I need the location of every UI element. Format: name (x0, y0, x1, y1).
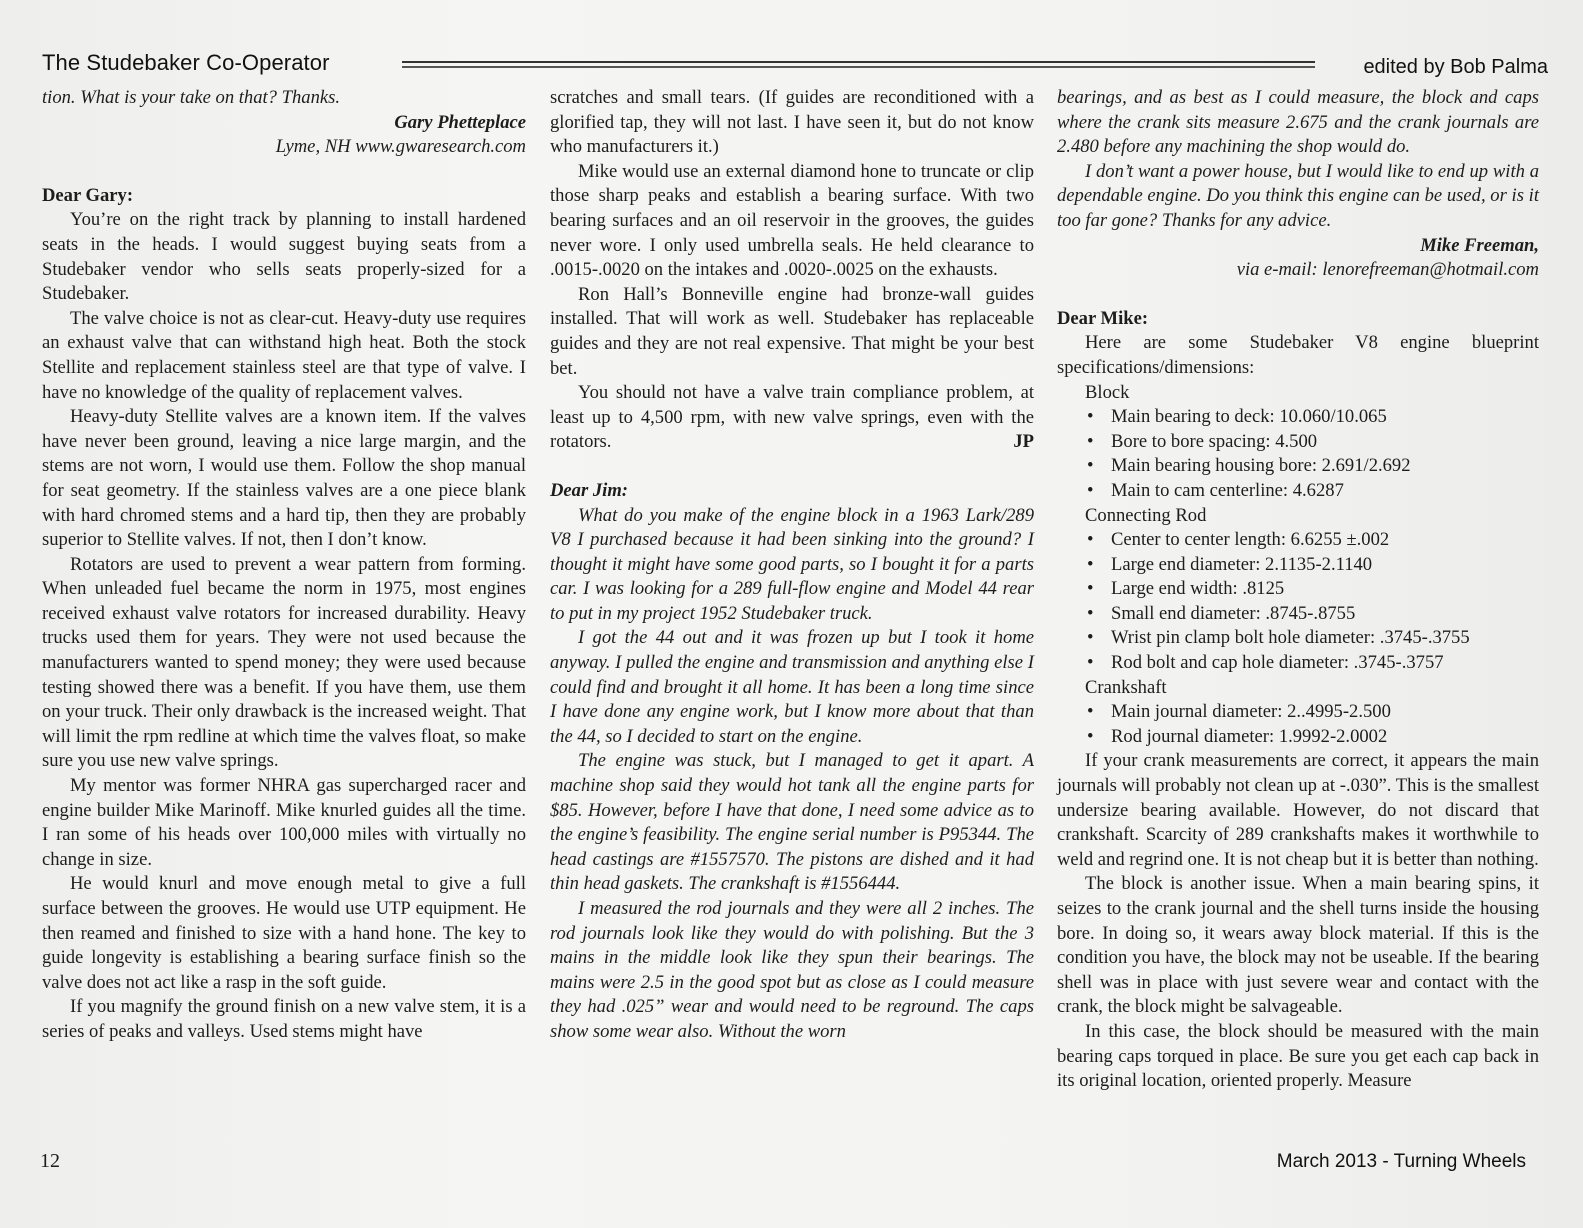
letter-paragraph: I got the 44 out and it was frozen up bu… (550, 626, 1034, 749)
page-header: The Studebaker Co-Operator edited by Bob… (0, 0, 1583, 90)
reply-continued: scratches and small tears. (If guides ar… (550, 86, 1034, 160)
spec-item: •Rod journal diameter: 1.9992-2.0002 (1085, 725, 1539, 750)
bullet-icon: • (1087, 700, 1094, 725)
reply-paragraph: My mentor was former NHRA gas supercharg… (42, 774, 526, 872)
reply-paragraph: Mike would use an external diamond hone … (550, 160, 1034, 283)
letter-signature-contact: via e-mail: lenorefreeman@hotmail.com (1057, 258, 1539, 283)
header-double-rule (402, 61, 1315, 69)
spec-text: Main bearing to deck: 10.060/10.065 (1111, 406, 1387, 427)
spec-item: •Large end width: .8125 (1085, 577, 1539, 602)
spec-item: •Small end diameter: .8745-.8755 (1085, 602, 1539, 627)
spec-heading-connecting-rod: Connecting Rod (1057, 504, 1539, 529)
bullet-icon: • (1087, 528, 1094, 553)
letter-ending: tion. What is your take on that? Thanks. (42, 86, 526, 111)
spec-text: Rod journal diameter: 1.9992-2.0002 (1111, 726, 1387, 747)
reply-paragraph: Rotators are used to prevent a wear patt… (42, 553, 526, 774)
letter-signature-location: Lyme, NH www.gwaresearch.com (42, 135, 526, 160)
letter-salutation: Dear Jim: (550, 479, 1034, 504)
spec-item: •Main to cam centerline: 4.6287 (1085, 479, 1539, 504)
spec-text: Main bearing housing bore: 2.691/2.692 (1111, 455, 1411, 476)
spec-text: Bore to bore spacing: 4.500 (1111, 431, 1317, 452)
spec-text: Rod bolt and cap hole diameter: .3745-.3… (1111, 652, 1444, 673)
reply-paragraph: In this case, the block should be measur… (1057, 1020, 1539, 1094)
spec-item: •Bore to bore spacing: 4.500 (1085, 430, 1539, 455)
spec-item: •Main journal diameter: 2..4995-2.500 (1085, 700, 1539, 725)
spec-heading-crankshaft: Crankshaft (1057, 676, 1539, 701)
reply-paragraph: If your crank measurements are correct, … (1057, 749, 1539, 872)
bullet-icon: • (1087, 577, 1094, 602)
spec-list-connecting-rod: •Center to center length: 6.6255 ±.002 •… (1057, 528, 1539, 676)
bullet-icon: • (1087, 553, 1094, 578)
answer-signoff: JP (985, 430, 1034, 455)
spec-text: Large end diameter: 2.1135-2.1140 (1111, 554, 1372, 575)
reply-paragraph: You’re on the right track by planning to… (42, 208, 526, 306)
spec-item: •Center to center length: 6.6255 ±.002 (1085, 528, 1539, 553)
spec-text: Wrist pin clamp bolt hole diameter: .374… (1111, 627, 1470, 648)
reply-paragraph: Ron Hall’s Bonneville engine had bronze-… (550, 283, 1034, 381)
editor-credit: edited by Bob Palma (1363, 56, 1548, 79)
column-3: bearings, and as best as I could measure… (1057, 86, 1539, 1094)
rule-line-top (402, 61, 1315, 63)
bullet-icon: • (1087, 454, 1094, 479)
bullet-icon: • (1087, 430, 1094, 455)
reply-final-paragraph: You should not have a valve train compli… (550, 381, 1034, 455)
letter-paragraph: I don’t want a power house, but I would … (1057, 160, 1539, 234)
letter-paragraph: The engine was stuck, but I managed to g… (550, 749, 1034, 897)
spec-item: •Main bearing to deck: 10.060/10.065 (1085, 405, 1539, 430)
spec-list-crankshaft: •Main journal diameter: 2..4995-2.500 •R… (1057, 700, 1539, 749)
page-number: 12 (40, 1150, 60, 1173)
letter-paragraph: I measured the rod journals and they wer… (550, 897, 1034, 1045)
bullet-icon: • (1087, 651, 1094, 676)
bullet-icon: • (1087, 405, 1094, 430)
masthead-title: The Studebaker Co-Operator (42, 50, 330, 76)
spec-item: •Large end diameter: 2.1135-2.1140 (1085, 553, 1539, 578)
letter-signature-name: Gary Phetteplace (42, 111, 526, 136)
spec-text: Center to center length: 6.6255 ±.002 (1111, 529, 1389, 550)
reply-paragraph: Heavy-duty Stellite valves are a known i… (42, 405, 526, 553)
reply-final-text: You should not have a valve train compli… (550, 382, 1034, 452)
bullet-icon: • (1087, 626, 1094, 651)
rule-line-bottom (402, 66, 1315, 68)
spec-text: Main to cam centerline: 4.6287 (1111, 480, 1344, 501)
spec-text: Main journal diameter: 2..4995-2.500 (1111, 701, 1391, 722)
spec-list-block: •Main bearing to deck: 10.060/10.065 •Bo… (1057, 405, 1539, 503)
bullet-icon: • (1087, 725, 1094, 750)
reply-paragraph: The valve choice is not as clear-cut. He… (42, 307, 526, 405)
letter-paragraph: What do you make of the engine block in … (550, 504, 1034, 627)
reply-salutation: Dear Gary: (42, 184, 526, 209)
column-2: scratches and small tears. (If guides ar… (550, 86, 1034, 1045)
reply-salutation: Dear Mike: (1057, 307, 1539, 332)
spec-item: •Rod bolt and cap hole diameter: .3745-.… (1085, 651, 1539, 676)
column-1: tion. What is your take on that? Thanks.… (42, 86, 526, 1045)
spec-heading-block: Block (1057, 381, 1539, 406)
letter-continued: bearings, and as best as I could measure… (1057, 86, 1539, 160)
reply-paragraph: If you magnify the ground finish on a ne… (42, 995, 526, 1044)
spec-item: •Main bearing housing bore: 2.691/2.692 (1085, 454, 1539, 479)
issue-footer: March 2013 - Turning Wheels (1277, 1151, 1526, 1173)
reply-paragraph: The block is another issue. When a main … (1057, 872, 1539, 1020)
letter-signature-name: Mike Freeman, (1057, 234, 1539, 259)
reply-paragraph: He would knurl and move enough metal to … (42, 872, 526, 995)
bullet-icon: • (1087, 602, 1094, 627)
spec-item: •Wrist pin clamp bolt hole diameter: .37… (1085, 626, 1539, 651)
spec-text: Large end width: .8125 (1111, 578, 1284, 599)
bullet-icon: • (1087, 479, 1094, 504)
spec-text: Small end diameter: .8745-.8755 (1111, 603, 1355, 624)
reply-intro: Here are some Studebaker V8 engine bluep… (1057, 331, 1539, 380)
